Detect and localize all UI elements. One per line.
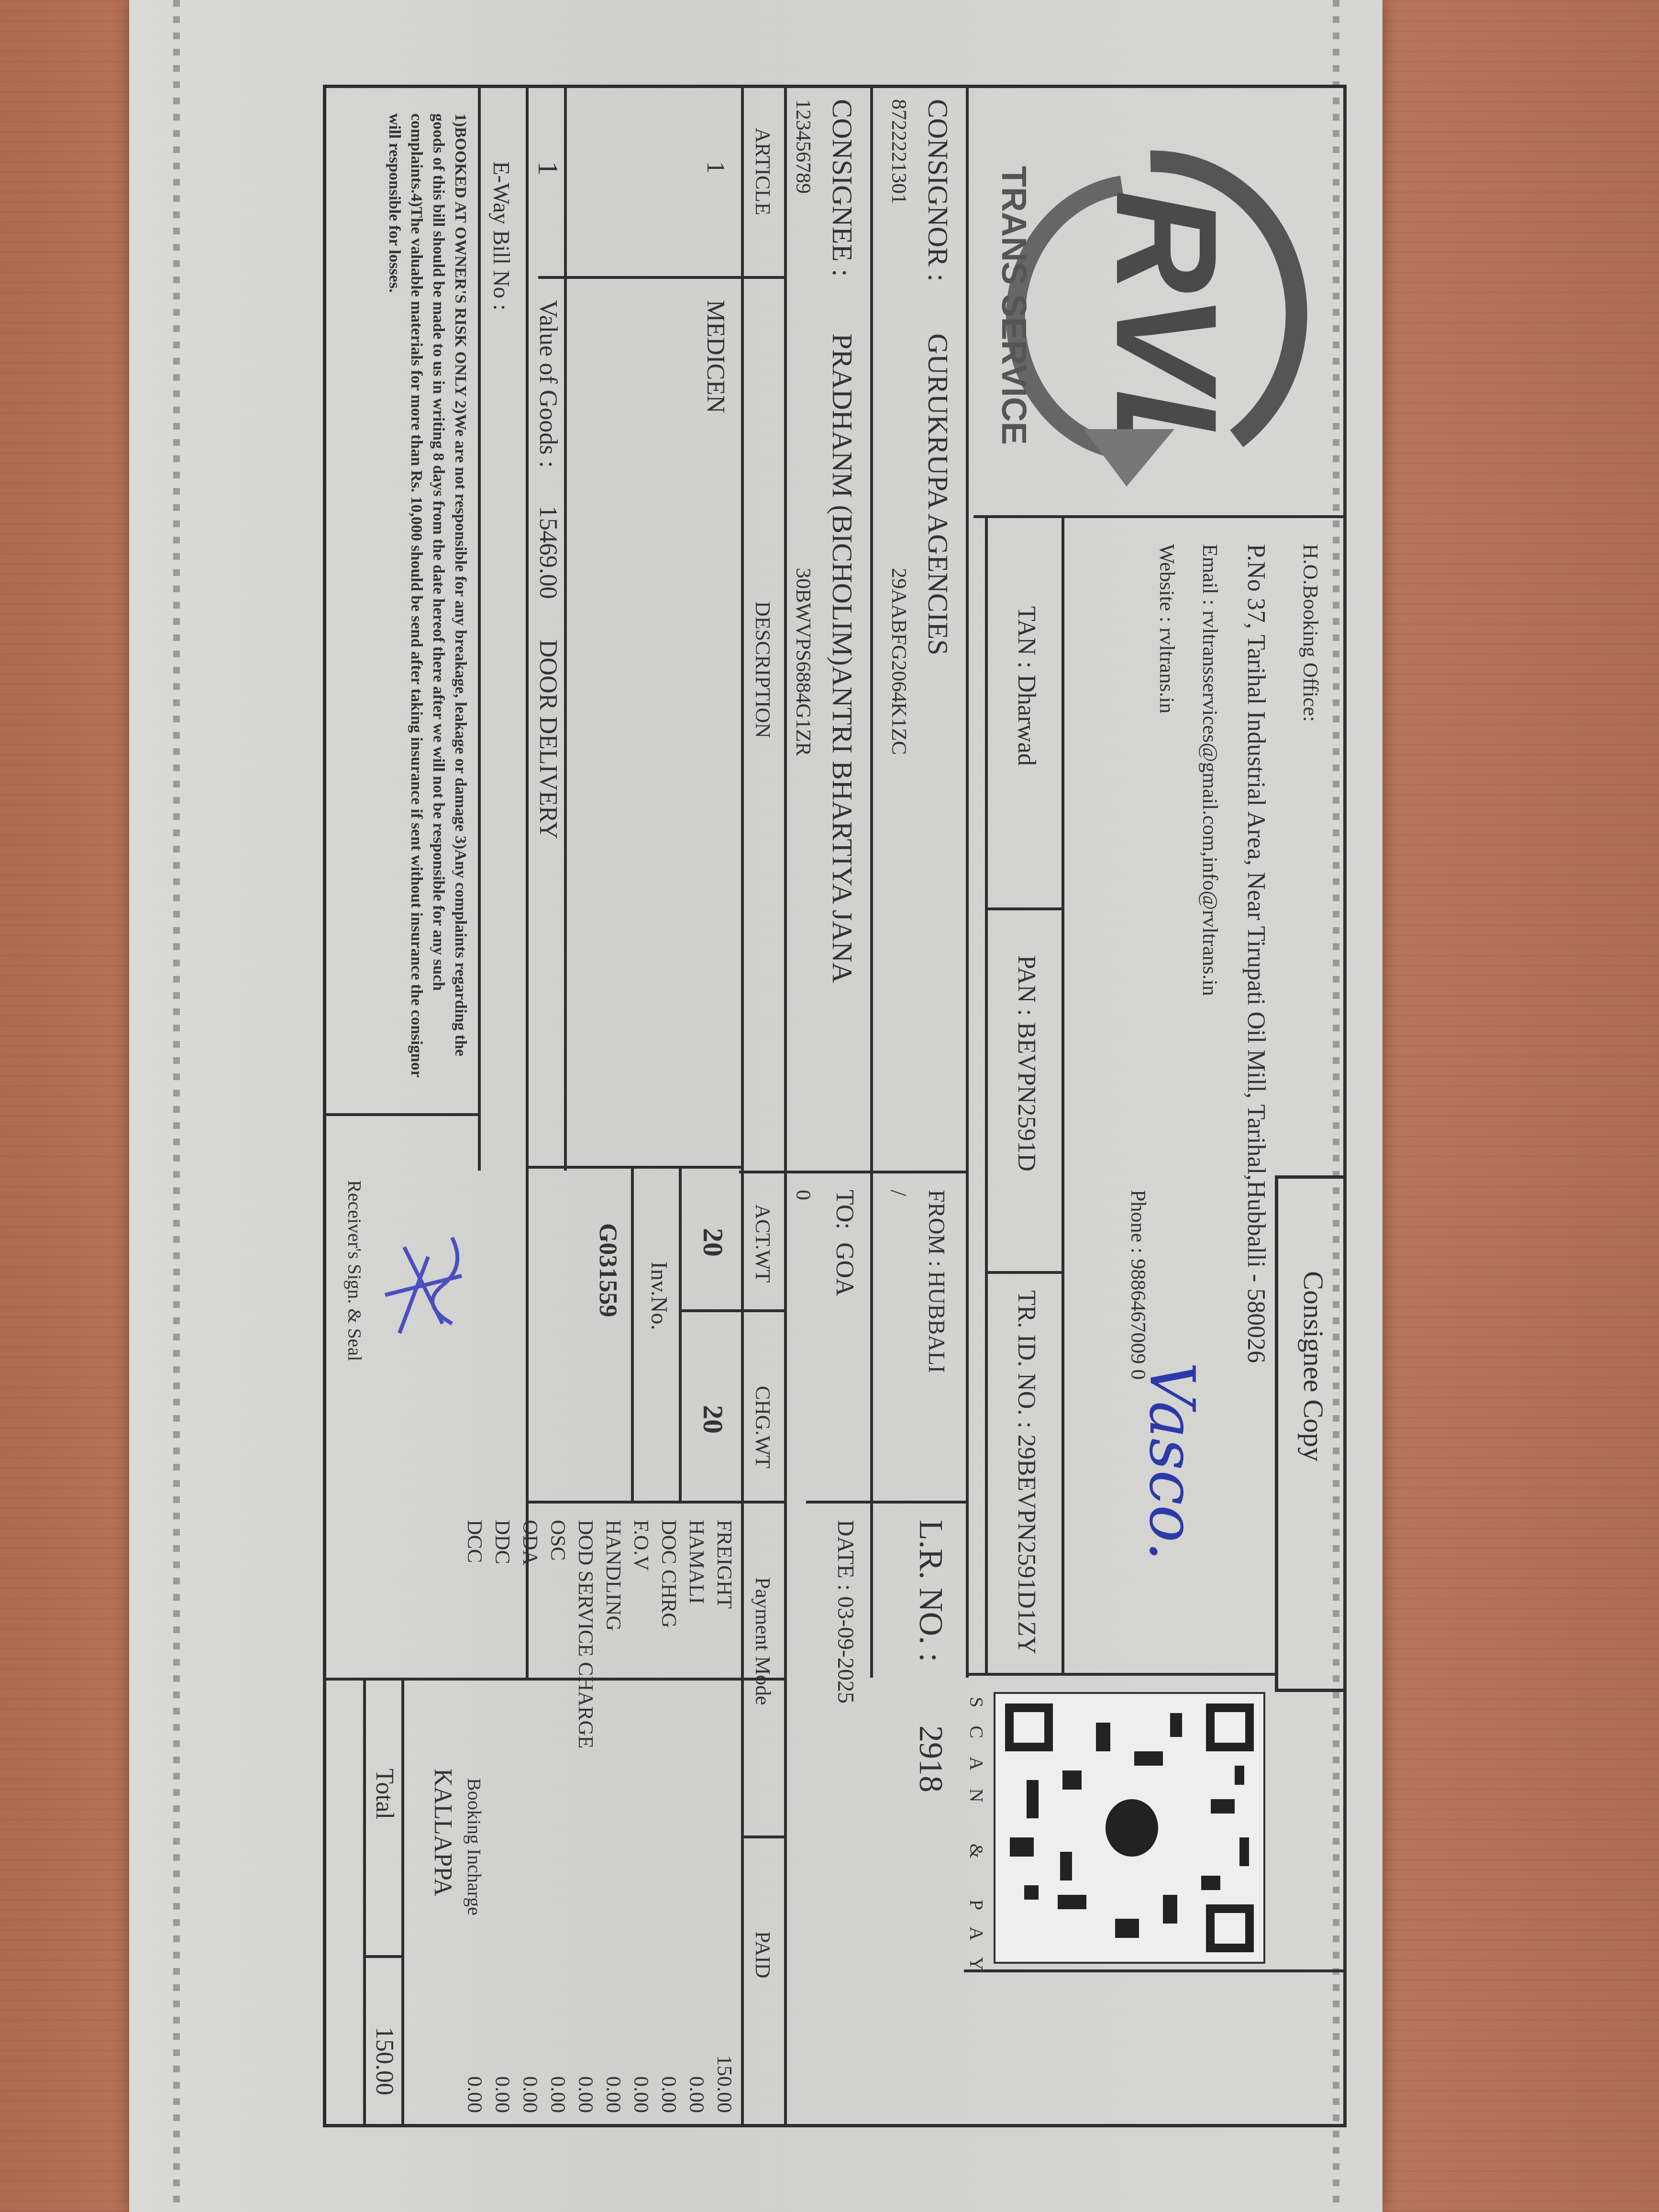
charge-amount: 0.00 xyxy=(657,1989,681,2113)
divider xyxy=(985,515,988,1673)
qr-caption: SCAN & PAY xyxy=(965,1697,988,1989)
phonepe-logo-icon xyxy=(1106,1799,1158,1857)
divider xyxy=(964,1969,1347,1972)
charge-name: FREIGHT xyxy=(712,1520,737,1609)
date-label: DATE : xyxy=(832,1520,859,1591)
charge-amount: 0.00 xyxy=(629,1989,653,2113)
tr-id-field: TR. ID. NO. : 29BEVPN2591D1ZY xyxy=(1012,1290,1040,1654)
divider xyxy=(739,1171,969,1173)
payment-qr-code[interactable] xyxy=(994,1692,1265,1964)
charge-name: DOC CHRG xyxy=(657,1520,681,1628)
divider xyxy=(969,1673,1275,1676)
charge-amount: 150.00 xyxy=(712,1989,737,2113)
from-label: FROM : xyxy=(923,1190,950,1267)
tan-field: TAN : Dharwad xyxy=(1012,606,1040,766)
consignor-name: GURUKRUPA AGENCIES xyxy=(921,333,954,655)
divider xyxy=(741,85,744,2127)
divider xyxy=(631,1166,634,1501)
date-value: 03-09-2025 xyxy=(832,1596,859,1703)
charge-amount: 0.00 xyxy=(518,1989,542,2113)
divider xyxy=(401,1678,404,2127)
description-value: MEDICEN xyxy=(701,300,730,413)
divider xyxy=(538,276,787,279)
chg-wt-value: 20 xyxy=(697,1405,730,1434)
charge-name: DOD SERVICE CHARGE xyxy=(574,1520,598,1748)
charge-amount: 0.00 xyxy=(601,1989,626,2113)
company-website: Website : rvltrans.in xyxy=(1155,544,1179,714)
pan-field: PAN : BEVPN2591D xyxy=(1012,955,1040,1172)
charge-amount: 0.00 xyxy=(685,1989,709,2113)
divider xyxy=(744,1836,787,1838)
rvl-logo-icon: RVL TRANS SERVICE xyxy=(988,133,1332,496)
divider xyxy=(784,85,787,2127)
copy-label: Consignee Copy xyxy=(1297,1271,1330,1461)
perforation-left xyxy=(173,0,180,2212)
charge-name: HANDLING xyxy=(601,1520,626,1631)
divider xyxy=(806,1501,969,1504)
divider xyxy=(323,1113,481,1116)
divider xyxy=(679,1166,682,1501)
consignee-phone: 123456789 xyxy=(791,99,816,194)
divider xyxy=(985,907,1064,910)
delivery-type: DOOR DELIVERY xyxy=(534,640,562,839)
charge-amount: 0.00 xyxy=(546,1989,570,2113)
charge-name: ODA xyxy=(518,1520,542,1565)
summary-article: 1 xyxy=(531,161,564,176)
divider xyxy=(529,1166,744,1169)
charge-amount: 0.00 xyxy=(490,1989,515,2113)
from-extra: / xyxy=(885,1190,911,1196)
header-inv-no: Inv.No. xyxy=(646,1261,672,1330)
consignee-label: CONSIGNEE : xyxy=(826,99,859,277)
lorry-receipt: RVL TRANS SERVICE H.O.Booking Office: P.… xyxy=(309,66,1361,2146)
receiver-sign-label: Receiver's Sign. & Seal xyxy=(343,1180,366,1361)
to-extra: 0 xyxy=(791,1190,816,1200)
lr-number-label: L.R. NO. : xyxy=(911,1520,950,1662)
booking-incharge-name: KALLAPPA xyxy=(429,1769,457,1896)
charge-amount: 0.00 xyxy=(574,1989,598,2113)
consignor-label: CONSIGNOR : xyxy=(921,99,954,282)
company-email: Email : rvltransservices@gmail.com,info@… xyxy=(1198,544,1222,996)
divider xyxy=(870,85,873,1678)
divider xyxy=(364,1955,404,1958)
charge-name: OSC xyxy=(546,1520,570,1561)
value-of-goods-label: Value of Goods : xyxy=(534,300,562,468)
divider xyxy=(529,1501,787,1504)
divider xyxy=(1062,515,1064,1673)
divider xyxy=(985,1271,1064,1274)
office-heading: H.O.Booking Office: xyxy=(1298,544,1323,722)
consignor-phone: 8722221301 xyxy=(887,99,911,204)
consignor-gstin: 29AABFG2064K1ZC xyxy=(887,568,911,755)
divider xyxy=(973,515,1347,518)
lr-number: 2918 xyxy=(911,1725,950,1792)
charge-name: F.O.V xyxy=(629,1520,653,1571)
divider xyxy=(478,85,481,1171)
header-article: ARTICLE xyxy=(751,128,775,215)
eway-bill-label: E-Way Bill No : xyxy=(488,161,514,310)
charge-name: DCC xyxy=(463,1520,487,1563)
total-value: 150.00 xyxy=(370,2027,398,2095)
svg-text:Vasco.: Vasco. xyxy=(1136,1362,1208,1561)
handwritten-destination-note: Vasco. xyxy=(1117,1357,1213,1587)
from-city: HUBBALI xyxy=(923,1271,950,1373)
article-count: 1 xyxy=(701,161,730,174)
divider xyxy=(682,1309,787,1312)
divider xyxy=(526,85,529,1678)
to-city: GOA xyxy=(830,1242,859,1296)
company-address: P.No 37, Tarihal Industrial Area, Near T… xyxy=(1242,544,1270,1363)
divider xyxy=(564,85,567,1171)
charge-name: HAMALI xyxy=(685,1520,709,1604)
divider xyxy=(966,85,969,1678)
charge-name: DDC xyxy=(490,1520,515,1564)
booking-incharge-label: Booking Incharge xyxy=(463,1778,486,1915)
inv-no-value: G031559 xyxy=(594,1223,622,1317)
charge-amount: 0.00 xyxy=(463,1989,487,2113)
act-wt-value: 20 xyxy=(697,1228,730,1257)
header-payment-mode: Payment Mode xyxy=(751,1577,775,1705)
svg-text:TRANS SERVICE: TRANS SERVICE xyxy=(995,166,1033,445)
consignee-gstin: 30BWVPS6884G1ZR xyxy=(791,568,816,756)
terms-and-conditions: 1)BOOKED AT OWNER'S RISK ONLY 2)We are n… xyxy=(383,113,471,1094)
to-label: TO: xyxy=(830,1190,859,1229)
header-description: DESCRIPTION xyxy=(751,601,775,738)
divider xyxy=(363,1678,366,2127)
total-label: Total xyxy=(370,1769,398,1819)
value-of-goods: 15469.00 xyxy=(534,506,562,599)
header-chg-wt: CHG.WT xyxy=(751,1386,775,1468)
header-act-wt: ACT.WT xyxy=(751,1204,775,1283)
company-phone: Phone : 9886467009 0 xyxy=(1126,1190,1150,1380)
consignee-name: PRADHANM (BICHOLIM)ANTRI BHARTIYA JANA xyxy=(826,333,859,983)
receiver-signature xyxy=(376,1228,471,1352)
divider xyxy=(323,1678,787,1681)
payment-mode-value: PAID xyxy=(751,1931,775,1979)
